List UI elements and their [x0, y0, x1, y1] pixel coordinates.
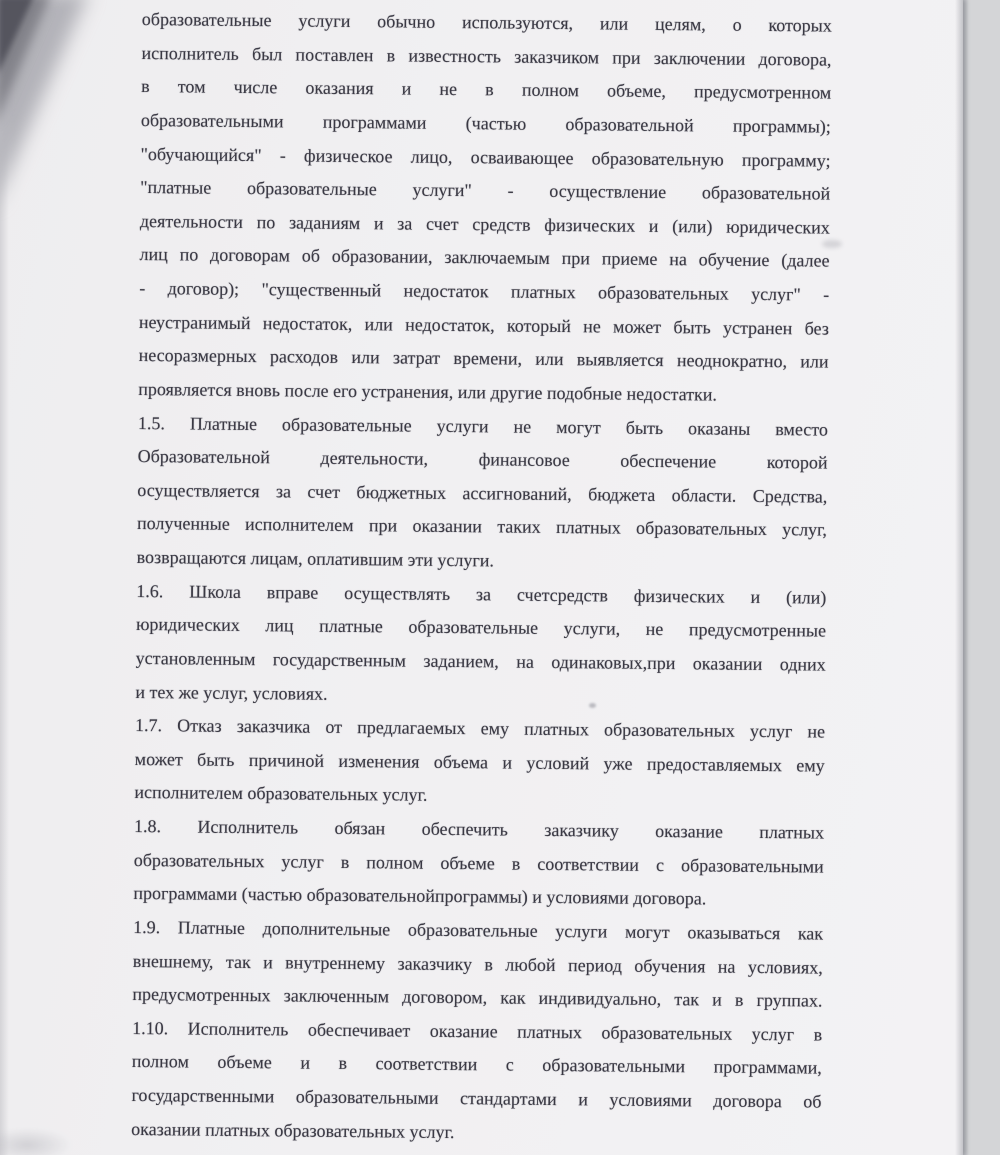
- text-line-34: оказании платных образовательных услуг.: [131, 1113, 821, 1153]
- document-text: образовательные услуги обычно используют…: [131, 3, 832, 1153]
- paper-edge-shadow: [955, 0, 969, 1155]
- corner-fold-shadow: [0, 0, 34, 74]
- scan-smudge: [0, 1128, 72, 1155]
- scanned-page: образовательные услуги обычно используют…: [0, 0, 1000, 1155]
